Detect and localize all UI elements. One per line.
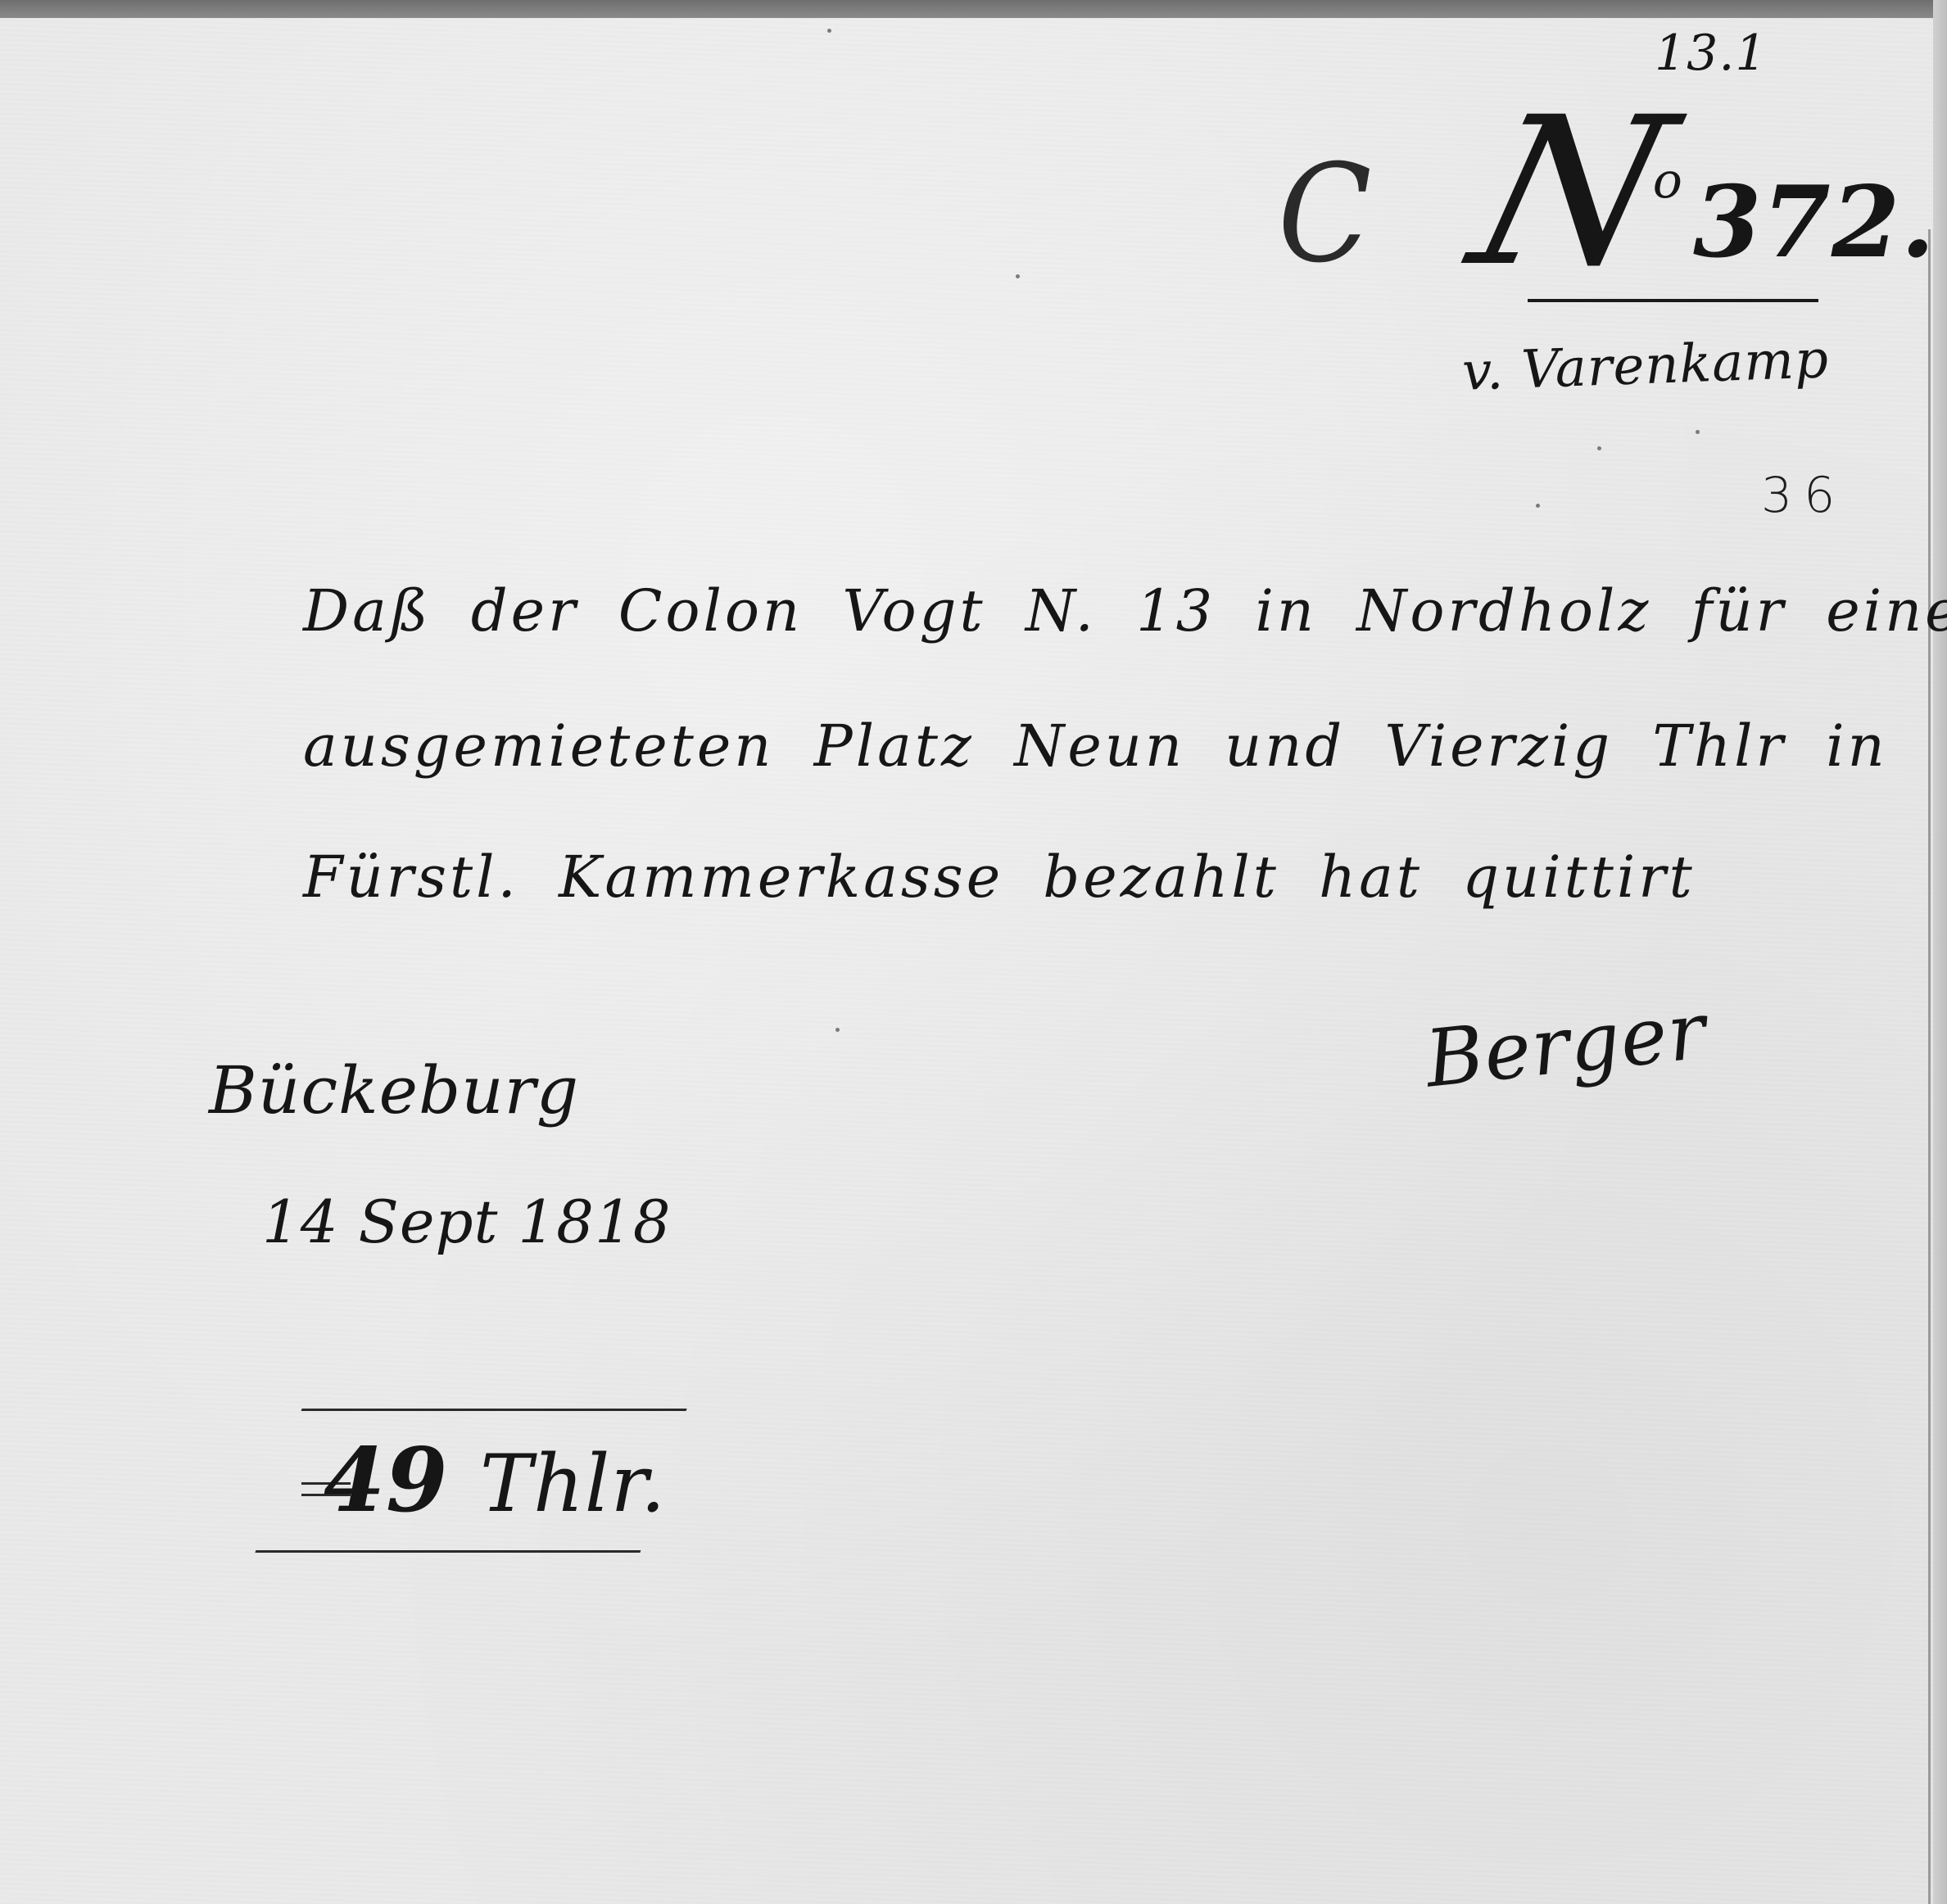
amount-currency: Thlr. bbox=[480, 1438, 666, 1530]
place-name: Bückeburg bbox=[209, 1052, 579, 1128]
body-line-2: ausgemieteten Platz Neun und Vierzig Thl… bbox=[303, 712, 1888, 780]
file-number-prefix-superscript: o bbox=[1653, 152, 1683, 210]
body-line-1: Daß der Colon Vogt N. 13 in Nordholz für… bbox=[303, 577, 1947, 644]
paper-speck bbox=[1536, 504, 1540, 508]
date: 14 Sept 1818 bbox=[262, 1187, 672, 1256]
paper-speck bbox=[1696, 430, 1700, 434]
amount-value: 49 bbox=[324, 1429, 448, 1532]
body-line-3: Fürstl. Kammerkasse bezahlt hat quittirt bbox=[303, 843, 1696, 911]
page-edge-line bbox=[1928, 229, 1931, 1904]
file-number-value: 372. bbox=[1693, 165, 1936, 280]
place-annotation: v. Varenkamp bbox=[1461, 329, 1830, 403]
paper-speck bbox=[1597, 446, 1601, 450]
file-number-underline bbox=[1528, 299, 1818, 302]
margin-mark: C bbox=[1278, 136, 1373, 292]
scan-top-edge bbox=[0, 0, 1947, 18]
paper-speck bbox=[1016, 274, 1020, 278]
amount: 49 Thlr. bbox=[324, 1429, 666, 1532]
file-number: No372. bbox=[1483, 90, 1936, 295]
paper-speck bbox=[827, 29, 831, 33]
folio-number: 36 bbox=[1761, 467, 1846, 524]
paper-speck bbox=[835, 1028, 840, 1032]
